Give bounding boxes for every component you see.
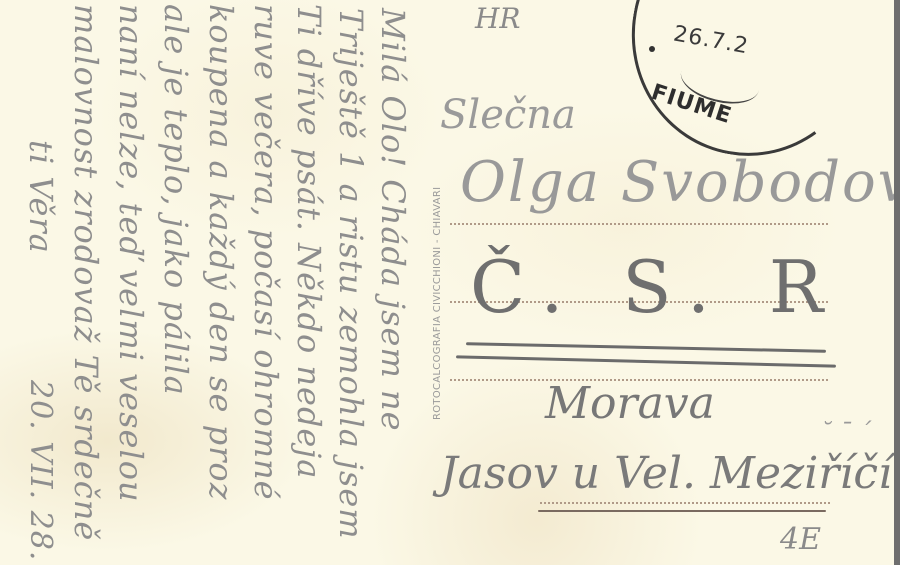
message-line: ale je teplo, jako pálila — [157, 4, 195, 396]
address-line — [540, 502, 830, 504]
message-line: koupena a každý den se proz — [202, 4, 240, 501]
message-line: Ti dříve psát. Někdo nedeja — [290, 4, 328, 479]
address-town: Jasov u Vel. Meziříčí — [440, 448, 892, 499]
country-underline — [456, 355, 836, 367]
address-note: 4E — [780, 522, 821, 557]
message-line: Milá Olo! Cháda jsem ne — [374, 8, 412, 432]
address-diacritic-marks: ˘ ¯ ´ — [820, 418, 871, 446]
message-line: Triještě 1 a ristu zemohla jsem — [332, 8, 370, 540]
corner-mark: HR — [475, 2, 521, 35]
postmark-dot-icon — [649, 46, 655, 52]
address-salutation: Slečna — [440, 92, 576, 138]
message-line: naní nelze, teď velmi veselou — [112, 4, 150, 503]
publisher-imprint: ROTOCALCOGRAFIA CIVICCHIONI - CHIAVARI — [432, 187, 443, 420]
address-line — [450, 223, 828, 225]
address-name: Olga Svobodová — [460, 150, 894, 215]
message-line: ruve večera, počasí ohromné — [247, 4, 285, 501]
address-region: Morava — [545, 378, 715, 429]
country-underline — [466, 342, 826, 353]
scan-border — [894, 0, 900, 565]
town-underline — [538, 510, 826, 512]
message-line: malovnost zrodovaž Tě srdečně — [67, 4, 105, 541]
message-signature: ti Věra — [22, 140, 60, 254]
postcard: Milá Olo! Cháda jsem ne Triještě 1 a ris… — [0, 0, 894, 565]
message-date: 20. VII. 28. — [23, 380, 58, 561]
address-country: Č. S. R — [470, 245, 841, 329]
